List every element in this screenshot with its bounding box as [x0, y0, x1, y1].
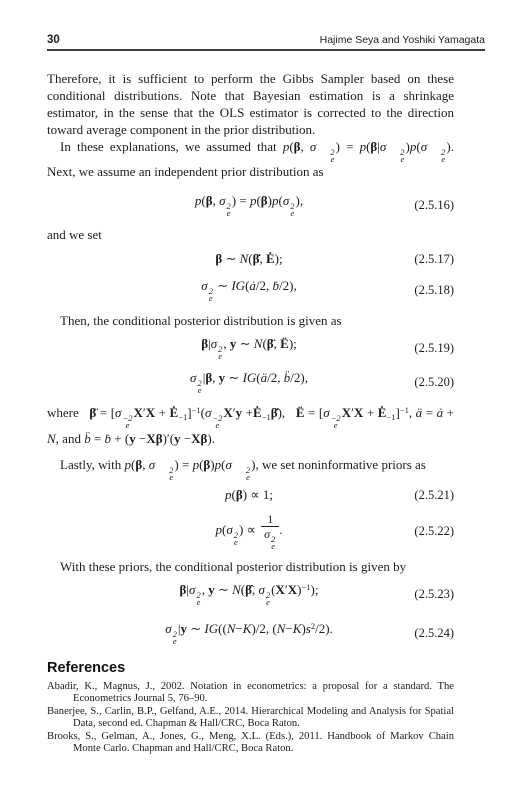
equation-number: (2.5.22) [406, 524, 454, 539]
equation-math: β|σ2e, y ∼ N(β̈, Ë); [47, 336, 406, 360]
equation-number: (2.5.16) [406, 198, 454, 213]
equation-number: (2.5.21) [406, 488, 454, 503]
equation-math: p(β, σ2e) = p(β)p(σ2e), [47, 193, 406, 217]
equation-number: (2.5.17) [406, 252, 454, 267]
reference-item-brooks: Brooks, S., Gelman, A., Jones, G., Meng,… [47, 731, 454, 756]
equation-math: p(σ2e) ∝ 1σ2e. [47, 512, 406, 550]
equation-2-5-22: p(σ2e) ∝ 1σ2e. (2.5.22) [47, 512, 454, 550]
equation-2-5-18: σ2e ∼ IG(ȧ/2, ḃ/2), (2.5.18) [47, 278, 454, 302]
para-explanations: In these explanations, we assumed that p… [47, 138, 454, 180]
equation-math: σ2e|y ∼ IG((N−K)/2, (N−K)s2/2). [47, 621, 406, 645]
equation-2-5-16: p(β, σ2e) = p(β)p(σ2e), (2.5.16) [47, 193, 454, 217]
equation-math: β|σ2e, y ∼ N(β̂, σ2e(X′X)−1); [47, 582, 406, 606]
equation-math: σ2e ∼ IG(ȧ/2, ḃ/2), [47, 278, 406, 302]
equation-2-5-17: β ∼ N(β̇, Ė); (2.5.17) [47, 251, 454, 267]
line-then-posterior: Then, the conditional posterior distribu… [47, 312, 454, 329]
equation-math: σ2e|β, y ∼ IG(ä/2, b̈/2), [47, 370, 406, 394]
equation-2-5-21: p(β) ∝ 1; (2.5.21) [47, 487, 454, 503]
line-and-we-set: and we set [47, 226, 454, 243]
para-lastly-noninformative: Lastly, with p(β, σ2e) = p(β)p(σ2e), we … [47, 456, 454, 481]
running-head: Hajime Seya and Yoshiki Yamagata [320, 34, 485, 46]
line-with-priors: With these priors, the conditional poste… [47, 558, 454, 575]
reference-item-banerjee: Banerjee, S., Carlin, B.P., Gelfand, A.E… [47, 706, 454, 731]
page-header: 30 Hajime Seya and Yoshiki Yamagata [47, 34, 485, 51]
equation-number: (2.5.20) [406, 375, 454, 390]
para-where-definitions: where β̈ = [σ−2eX′X + Ė−1]−1(σ−2eX′y +Ė−… [47, 403, 454, 449]
equation-number: (2.5.24) [406, 626, 454, 641]
reference-item-abadir: Abadir, K., Magnus, J., 2002. Notation i… [47, 681, 454, 706]
equation-number: (2.5.19) [406, 341, 454, 356]
equation-2-5-20: σ2e|β, y ∼ IG(ä/2, b̈/2), (2.5.20) [47, 370, 454, 394]
para-gibbs-sampler: Therefore, it is sufficient to perform t… [47, 70, 454, 138]
equation-number: (2.5.18) [406, 283, 454, 298]
book-page: 30 Hajime Seya and Yoshiki Yamagata Ther… [0, 0, 531, 800]
equation-number: (2.5.23) [406, 587, 454, 602]
page-number: 30 [47, 34, 60, 46]
equation-math: β ∼ N(β̇, Ė); [47, 251, 406, 267]
equation-2-5-23: β|σ2e, y ∼ N(β̂, σ2e(X′X)−1); (2.5.23) [47, 582, 454, 606]
equation-2-5-24: σ2e|y ∼ IG((N−K)/2, (N−K)s2/2). (2.5.24) [47, 621, 454, 645]
equation-math: p(β) ∝ 1; [47, 487, 406, 503]
equation-2-5-19: β|σ2e, y ∼ N(β̈, Ë); (2.5.19) [47, 336, 454, 360]
references-heading: References [47, 660, 454, 676]
page-content: Therefore, it is sufficient to perform t… [47, 70, 454, 755]
